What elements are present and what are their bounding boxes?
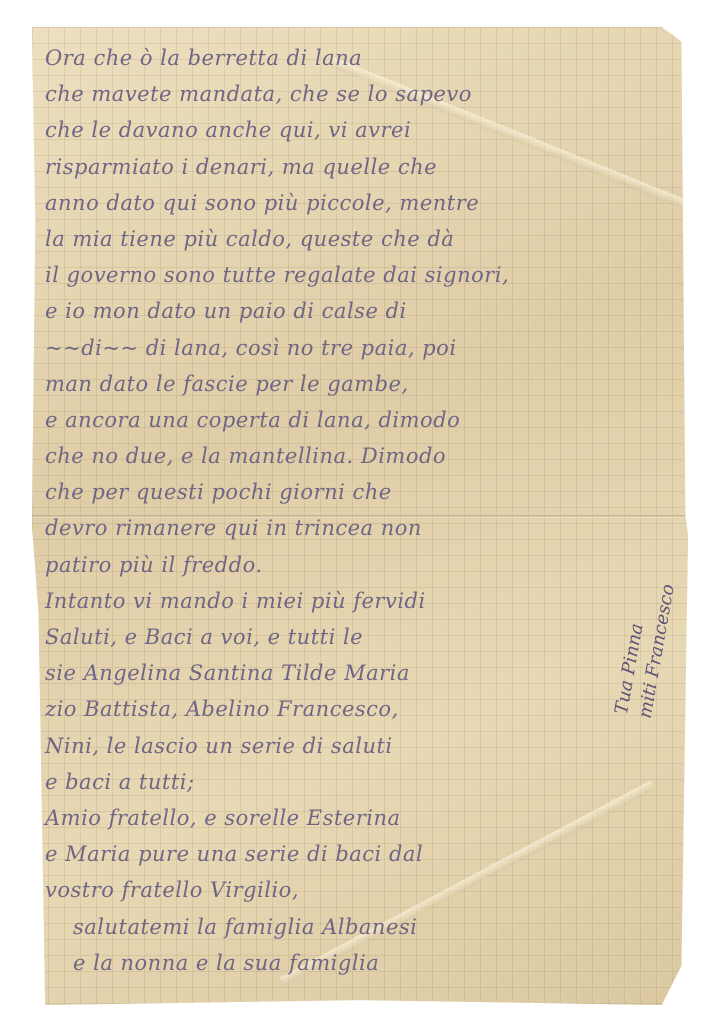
letter-line: sie Angelina Santina Tilde Maria (45, 655, 645, 691)
letter-line: anno dato qui sono più piccole, mentre (45, 185, 645, 221)
letter-line: Nini, le lascio un serie di saluti (45, 728, 645, 764)
letter-line: Ora che ò la berretta di lana (45, 40, 645, 76)
letter-line: Intanto vi mando i miei più fervidi (45, 583, 645, 619)
letter-line: e baci a tutti; (45, 764, 645, 800)
letter-line: e Maria pure una serie di baci dal (45, 836, 645, 872)
letter-line: patiro più il freddo. (45, 547, 645, 583)
letter-line: zio Battista, Abelino Francesco, (45, 691, 645, 727)
letter-line: ~~di~~ di lana, così no tre paia, poi (45, 330, 645, 366)
letter-line: e la nonna e la sua famiglia (45, 945, 645, 981)
letter-line: man dato le fascie per le gambe, (45, 366, 645, 402)
letter-line: e ancora una coperta di lana, dimodo (45, 402, 645, 438)
letter-line: che no due, e la mantellina. Dimodo (45, 438, 645, 474)
letter-line: Saluti, e Baci a voi, e tutti le (45, 619, 645, 655)
letter-line: che mavete mandata, che se lo sapevo (45, 76, 645, 112)
letter-body: Ora che ò la berretta di lana che mavete… (45, 40, 645, 981)
letter-line: che le davano anche qui, vi avrei (45, 112, 645, 148)
letter-line: il governo sono tutte regalate dai signo… (45, 257, 645, 293)
letter-line: che per questi pochi giorni che (45, 474, 645, 510)
letter-line: devro rimanere qui in trincea non (45, 510, 645, 546)
letter-line: vostro fratello Virgilio, (45, 872, 645, 908)
letter-line: la mia tiene più caldo, queste che dà (45, 221, 645, 257)
letter-line: Amio fratello, e sorelle Esterina (45, 800, 645, 836)
letter-line: e io mon dato un paio di calse di (45, 293, 645, 329)
letter-line: risparmiato i denari, ma quelle che (45, 149, 645, 185)
letter-line: salutatemi la famiglia Albanesi (45, 909, 645, 945)
